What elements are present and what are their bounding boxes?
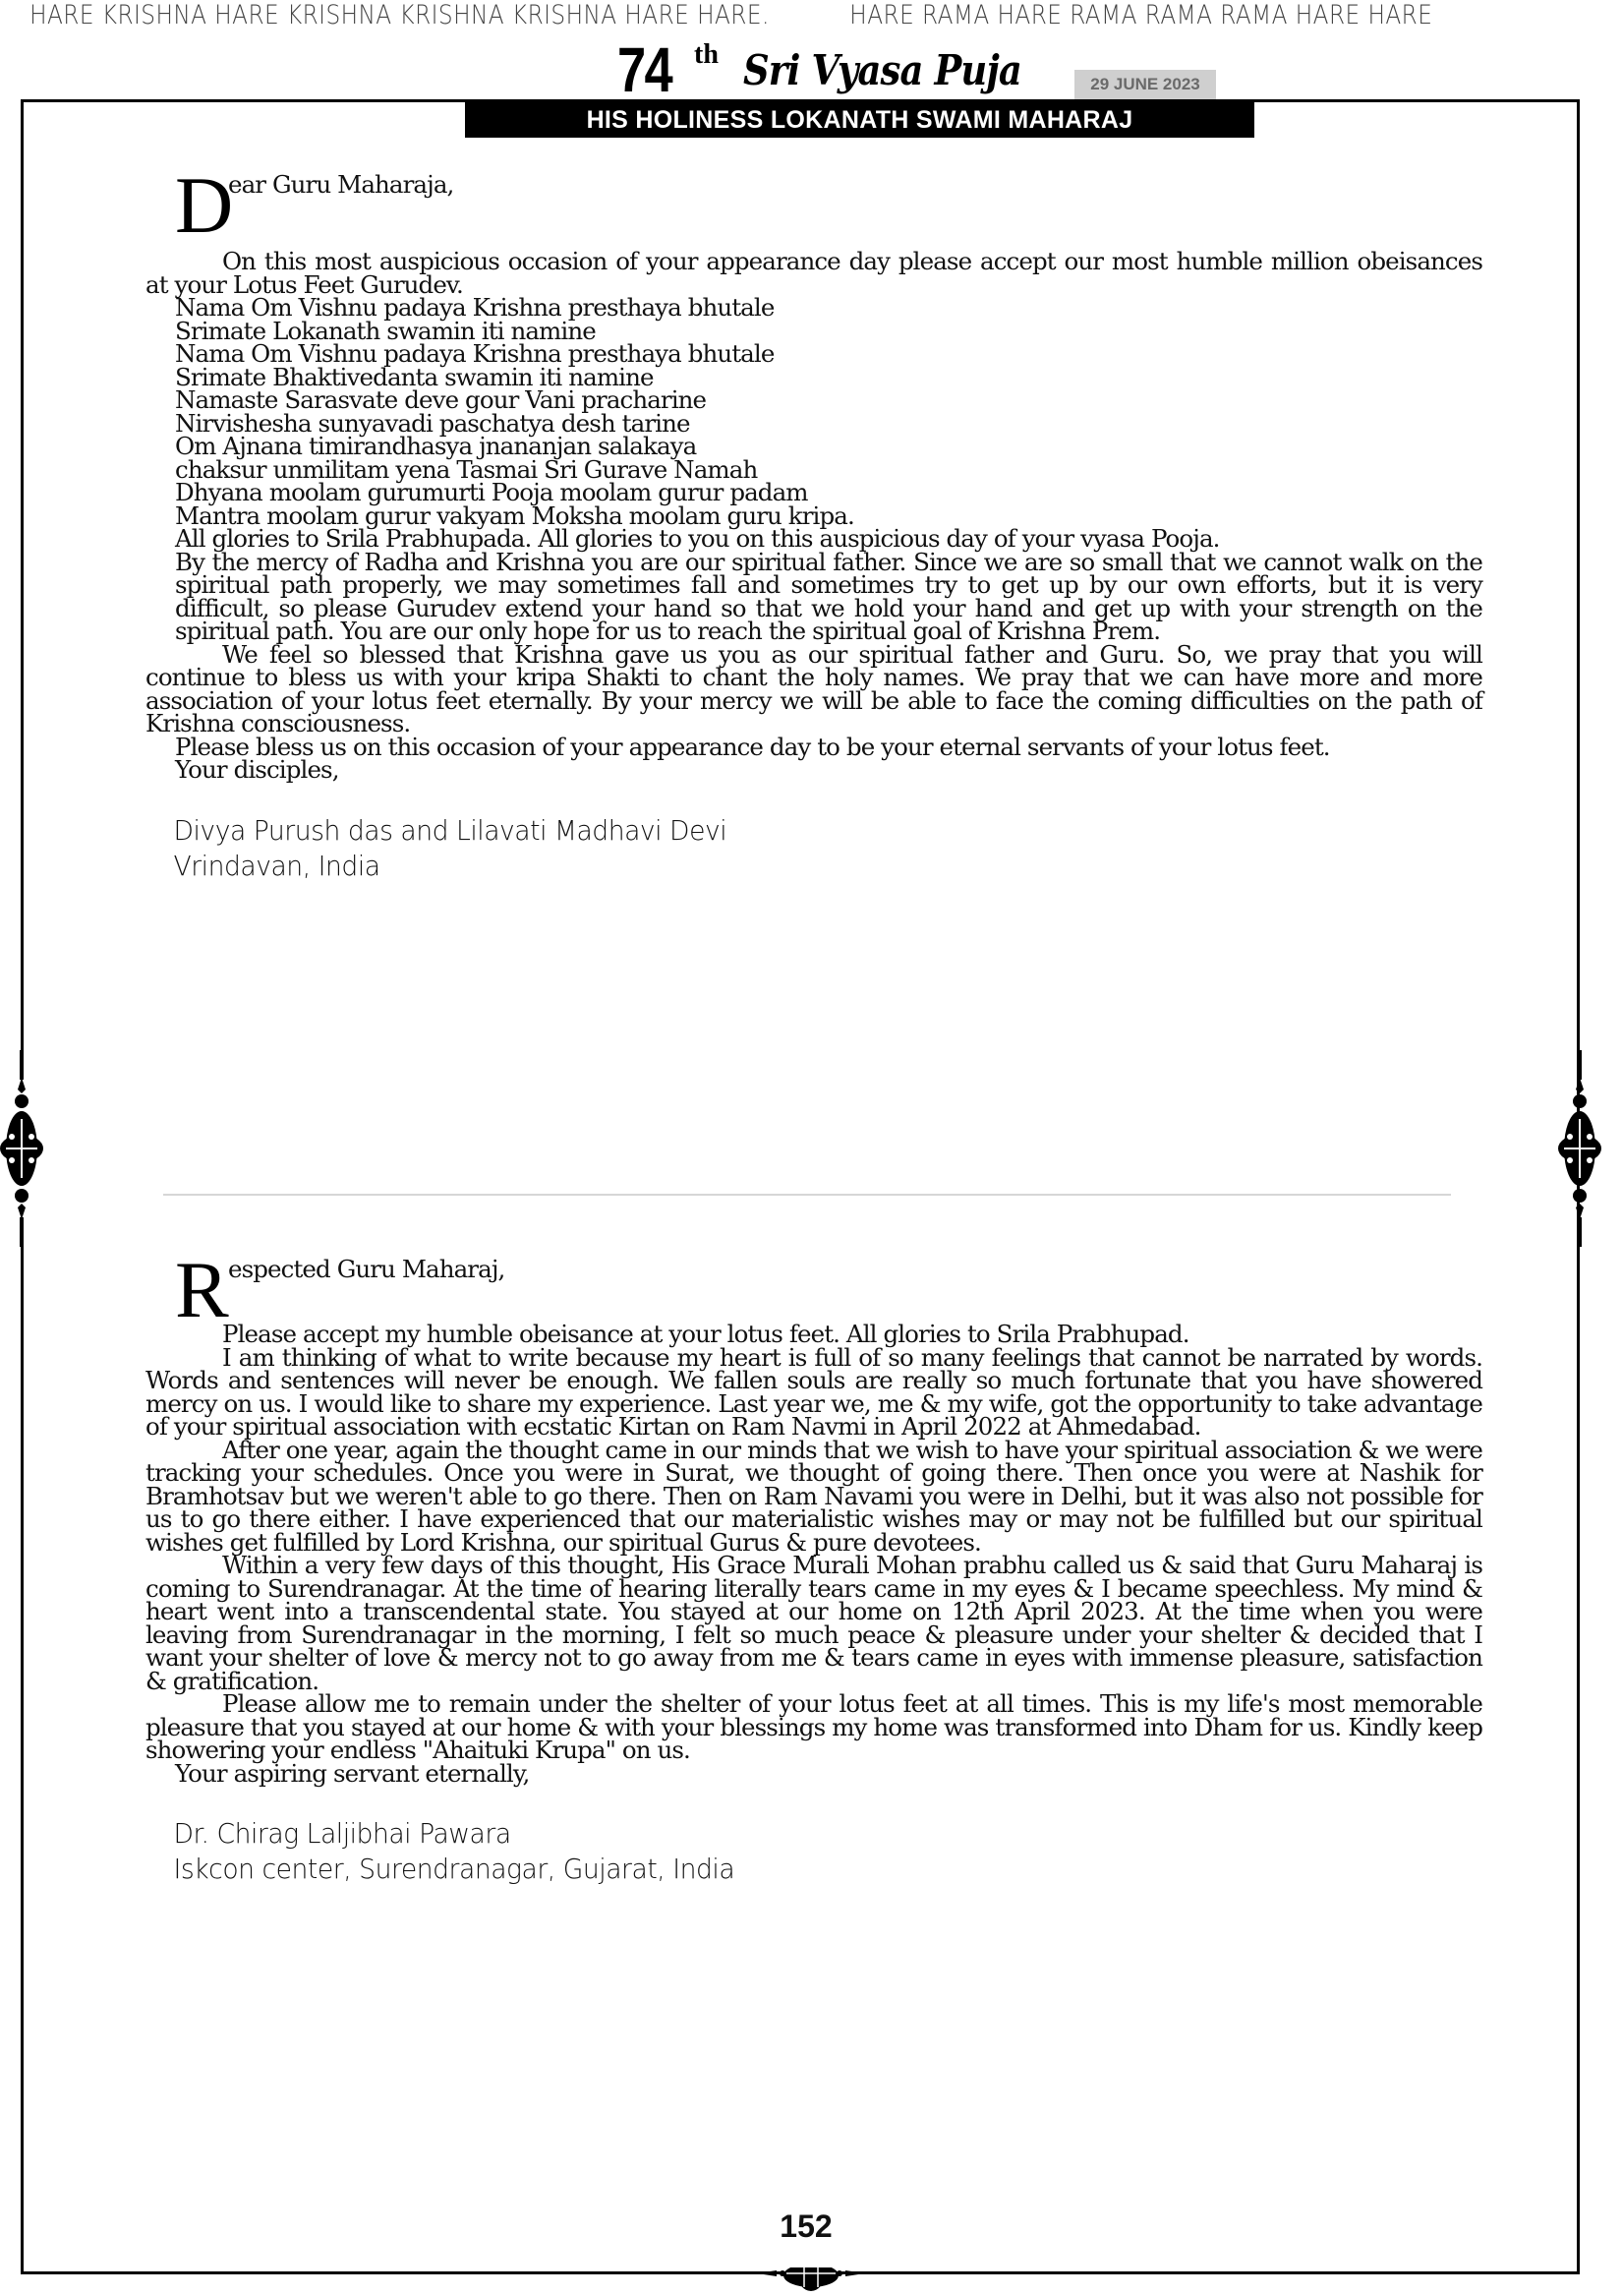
dropcap: R bbox=[175, 1256, 228, 1325]
bottom-ornament-icon bbox=[639, 2267, 983, 2296]
mantra-left: HARE KRISHNA HARE KRISHNA KRISHNA KRISHN… bbox=[29, 0, 770, 30]
glories-line: All glories to Srila Prabhupada. All glo… bbox=[145, 527, 1482, 551]
signature-place: Vrindavan, India bbox=[145, 849, 1416, 884]
paragraph: Please accept my humble obeisance at you… bbox=[145, 1323, 1482, 1346]
title-number: 74 bbox=[617, 37, 671, 102]
signature-name: Dr. Chirag Laljibhai Pawara bbox=[145, 1816, 1416, 1852]
salutation: ear Guru Maharaja, bbox=[228, 173, 453, 197]
left-ornament-icon bbox=[0, 1050, 59, 1247]
paragraph: We feel so blessed that Krishna gave us … bbox=[145, 643, 1482, 736]
letter-1-opening: D ear Guru Maharaja, bbox=[145, 169, 1482, 250]
mantra-line: Dhyana moolam gurumurti Pooja moolam gur… bbox=[145, 481, 1482, 504]
mantra-line: Nama Om Vishnu padaya Krishna presthaya … bbox=[145, 296, 1482, 320]
closing: Your disciples, bbox=[145, 758, 1482, 782]
right-ornament-icon bbox=[1550, 1050, 1609, 1247]
paragraph: By the mercy of Radha and Krishna you ar… bbox=[145, 551, 1482, 643]
mantra-line: Om Ajnana timirandhasya jnananjan salaka… bbox=[145, 435, 1482, 458]
title-suffix: th bbox=[694, 39, 719, 71]
mantra-header: HARE KRISHNA HARE KRISHNA KRISHNA KRISHN… bbox=[0, 0, 1395, 35]
letter-2-opening: R espected Guru Maharaj, bbox=[145, 1254, 1482, 1323]
letter-1: D ear Guru Maharaja, On this most auspic… bbox=[145, 169, 1482, 884]
paragraph: On this most auspicious occasion of your… bbox=[145, 250, 1482, 296]
closing-request: Please bless us on this occasion of your… bbox=[145, 736, 1482, 759]
paragraph: Please allow me to remain under the shel… bbox=[145, 1692, 1482, 1762]
signature-name: Divya Purush das and Lilavati Madhavi De… bbox=[145, 813, 1416, 849]
date-badge: 29 JUNE 2023 bbox=[1074, 70, 1216, 99]
mantra-right: HARE RAMA HARE RAMA RAMA RAMA HARE HARE bbox=[849, 0, 1432, 30]
title-text: Sri Vyasa Puja bbox=[743, 41, 1021, 100]
letter-separator bbox=[163, 1194, 1451, 1196]
salutation: espected Guru Maharaj, bbox=[228, 1258, 504, 1281]
dropcap: D bbox=[175, 171, 232, 240]
mantra-line: Nama Om Vishnu padaya Krishna presthaya … bbox=[145, 342, 1482, 366]
paragraph: I am thinking of what to write because m… bbox=[145, 1346, 1482, 1439]
closing: Your aspiring servant eternally, bbox=[145, 1762, 1482, 1786]
mantra-line: Namaste Sarasvate deve gour Vani prachar… bbox=[145, 388, 1482, 412]
dedication-banner: HIS HOLINESS LOKANATH SWAMI MAHARAJ bbox=[465, 102, 1254, 138]
letter-2: R espected Guru Maharaj, Please accept m… bbox=[145, 1254, 1482, 1887]
paragraph: Within a very few days of this thought, … bbox=[145, 1554, 1482, 1692]
page-number: 152 bbox=[747, 2208, 865, 2245]
paragraph: After one year, again the thought came i… bbox=[145, 1439, 1482, 1555]
signature-place: Iskcon center, Surendranagar, Gujarat, I… bbox=[145, 1852, 1416, 1887]
